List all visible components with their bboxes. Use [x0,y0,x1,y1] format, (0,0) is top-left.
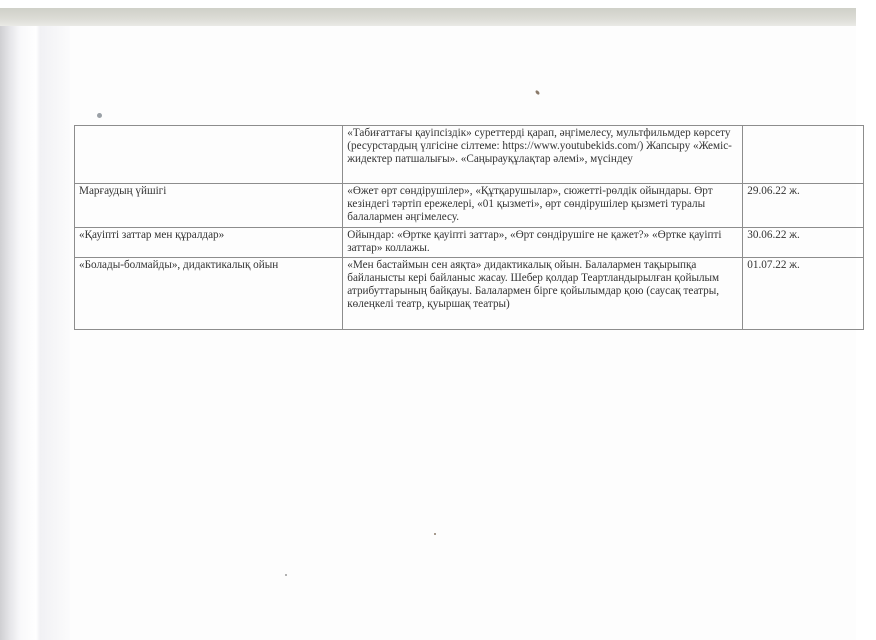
page-binding-shadow [0,26,70,640]
date-cell: 01.07.22 ж. [743,258,864,330]
date-cell: 30.06.22 ж. [743,228,864,258]
table-row: «Қауіпті заттар мен құралдар» Ойындар: «… [75,228,864,258]
scan-speck [97,113,102,118]
date-cell [743,126,864,184]
table-row: Марғаудың үйшігі «Өжет өрт сөндірушілер»… [75,184,864,228]
activity-cell: Ойындар: «Өртке қауіпті заттар», «Өрт сө… [343,228,743,258]
scan-speck [285,574,287,576]
scan-speck [535,90,541,96]
table-row: «Табиғаттағы қауіпсіздік» суреттерді қар… [75,126,864,184]
scan-speck [434,533,436,535]
topic-cell [75,126,343,184]
activity-cell: «Мен бастаймын сен аяқта» дидактикалық о… [343,258,743,330]
topic-cell: «Қауіпті заттар мен құралдар» [75,228,343,258]
date-cell: 29.06.22 ж. [743,184,864,228]
scan-edge-top [0,0,876,8]
activity-plan-table: «Табиғаттағы қауіпсіздік» суреттерді қар… [74,125,864,330]
topic-cell: Марғаудың үйшігі [75,184,343,228]
activity-cell: «Табиғаттағы қауіпсіздік» суреттерді қар… [343,126,743,184]
scanner-shadow-band [0,8,856,26]
activity-cell: «Өжет өрт сөндірушілер», «Құтқарушылар»,… [343,184,743,228]
table-row: «Болады-болмайды», дидактикалық ойын «Ме… [75,258,864,330]
topic-cell: «Болады-болмайды», дидактикалық ойын [75,258,343,330]
